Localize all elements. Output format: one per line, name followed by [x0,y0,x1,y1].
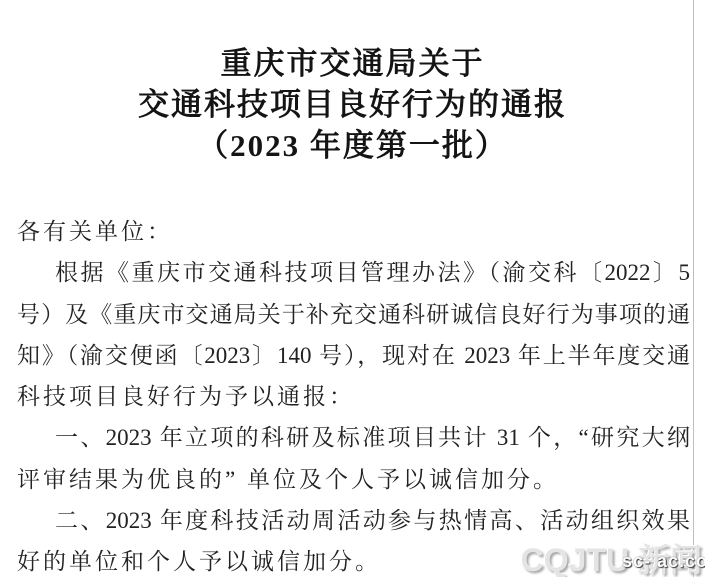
item-2-line-1: 二、2023 年度科技活动周活动参与热情高、活动组织效果 [17,500,690,541]
notice-document: { "doc": { "title_lines": [ "重庆市交通局关于", … [0,0,705,577]
right-page-edge-rule [693,0,694,577]
watermark: CQJTU 新闻 sc- ac.co [521,543,702,577]
paragraph-1-line-4: 科技项目良好行为予以通报： [17,376,690,417]
paragraph-1-line-1: 根据《重庆市交通科技项目管理办法》（渝交科〔2022〕5 [17,252,690,293]
paragraph-1-line-2: 号）及《重庆市交通局关于补充交通科研诚信良好行为事项的通 [17,294,690,335]
title-line-1: 重庆市交通局关于 [0,43,705,84]
paragraph-1-line-3: 知》（渝交便函〔2023〕140 号），现对在 2023 年上半年度交通 [17,335,690,376]
document-body: 各有关单位： 根据《重庆市交通科技项目管理办法》（渝交科〔2022〕5 号）及《… [0,211,705,577]
watermark-overlay-text: sc- ac.co [622,551,705,572]
item-1-line-1: 一、2023 年立项的科研及标准项目共计 31 个，“研究大纲 [17,417,690,458]
document-page: 重庆市交通局关于 交通科技项目良好行为的通报 （2023 年度第一批） 各有关单… [0,0,705,577]
item-1-line-2: 评审结果为优良的” 单位及个人予以诚信加分。 [17,459,690,500]
title-line-3: （2023 年度第一批） [0,125,705,166]
document-title: 重庆市交通局关于 交通科技项目良好行为的通报 （2023 年度第一批） [0,43,705,166]
title-line-2: 交通科技项目良好行为的通报 [0,84,705,125]
salutation-line: 各有关单位： [17,211,690,252]
